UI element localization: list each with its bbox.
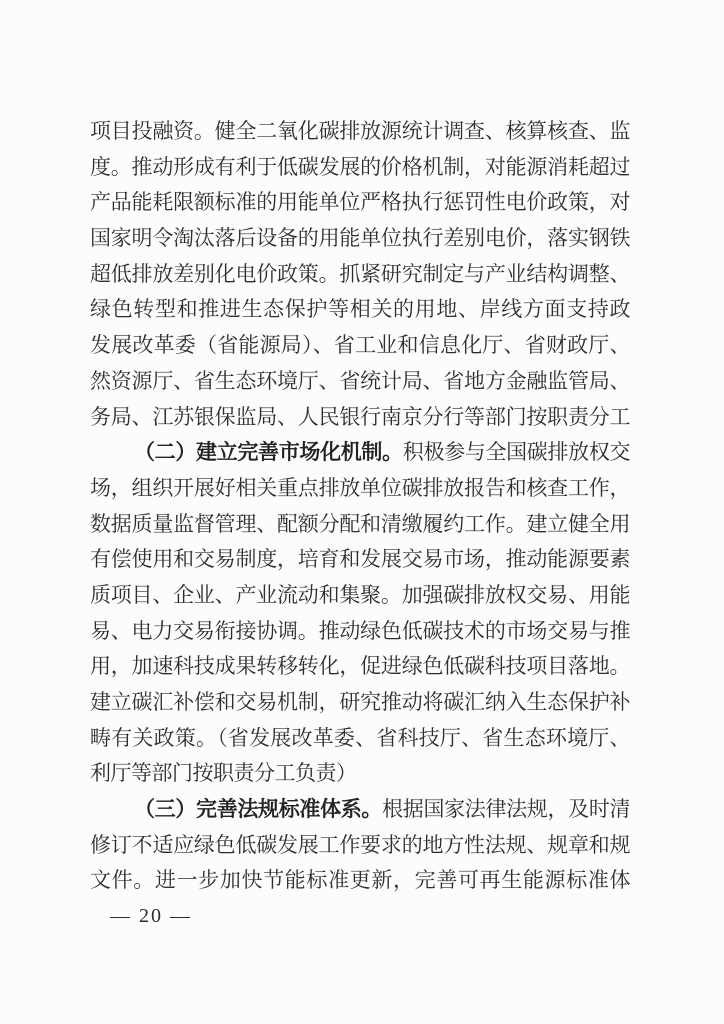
text-line: 国家明令淘汰落后设备的用能单位执行差别电价，落实钢铁行业 bbox=[90, 221, 630, 257]
page-number: — 20 — bbox=[110, 905, 192, 928]
text-segment: 利厅等部门按职责分工负责） bbox=[90, 761, 357, 785]
text-line: 发展改革委（省能源局）、省工业和信息化厅、省财政厅、省自 bbox=[90, 328, 630, 364]
text-segment: 建立碳汇补偿和交易机制，研究推动将碳汇纳入生态保护补偿范 bbox=[90, 690, 630, 721]
text-segment: 发展改革委（省能源局）、省工业和信息化厅、省财政厅、省自 bbox=[90, 333, 630, 364]
text-segment: 修订不适应绿色低碳发展工作要求的地方性法规、规章和规范性 bbox=[90, 833, 630, 864]
text-line: 度。推动形成有利于低碳发展的价格机制，对能源消耗超过单位 bbox=[90, 150, 630, 186]
text-segment: 用，加速科技成果转移转化，促进绿色低碳科技项目落地。探索 bbox=[90, 654, 630, 685]
section-heading: （二）建立完善市场化机制。 bbox=[134, 440, 403, 464]
text-line: 务局、江苏银保监局、人民银行南京分行等部门按职责分工负责〕 bbox=[90, 400, 630, 436]
text-line: （三）完善法规标准体系。根据国家法律法规，及时清理和 bbox=[90, 792, 630, 828]
text-segment: 国家明令淘汰落后设备的用能单位执行差别电价，落实钢铁行业 bbox=[90, 226, 630, 257]
text-line: 绿色转型和推进生态保护等相关的用地、岸线方面支持政策。〔省 bbox=[90, 292, 630, 328]
text-line: 场，组织开展好相关重点排放单位碳排放报告和核查工作，加强 bbox=[90, 471, 630, 507]
text-line: 然资源厅、省生态环境厅、省统计局、省地方金融监管局、省税 bbox=[90, 364, 630, 400]
text-line: 利厅等部门按职责分工负责） bbox=[90, 756, 630, 792]
text-segment: 文件。进一步加快节能标准更新，完善可再生能源标准体系，建 bbox=[90, 868, 630, 899]
text-line: 产品能耗限额标准的用能单位严格执行惩罚性电价政策，对使用 bbox=[90, 185, 630, 221]
text-segment: 易、电力交易衔接协调。推动绿色低碳技术的市场交易与推广运 bbox=[90, 619, 630, 650]
text-line: 畴有关政策。（省发展改革委、省科技厅、省生态环境厅、省水 bbox=[90, 721, 630, 757]
text-line: 修订不适应绿色低碳发展工作要求的地方性法规、规章和规范性 bbox=[90, 828, 630, 864]
text-line: 易、电力交易衔接协调。推动绿色低碳技术的市场交易与推广运 bbox=[90, 614, 630, 650]
text-segment: 有偿使用和交易制度，培育和发展交易市场，推动能源要素向优 bbox=[90, 547, 630, 578]
text-line: 超低排放差别化电价政策。抓紧研究制定与产业结构调整、低碳 bbox=[90, 257, 630, 293]
section-heading: （三）完善法规标准体系。 bbox=[134, 797, 382, 821]
text-segment: 场，组织开展好相关重点排放单位碳排放报告和核查工作，加强 bbox=[90, 476, 630, 507]
text-segment: 务局、江苏银保监局、人民银行南京分行等部门按职责分工负责〕 bbox=[90, 405, 630, 436]
text-segment: 然资源厅、省生态环境厅、省统计局、省地方金融监管局、省税 bbox=[90, 369, 630, 400]
text-line: 建立碳汇补偿和交易机制，研究推动将碳汇纳入生态保护补偿范 bbox=[90, 685, 630, 721]
text-segment: 度。推动形成有利于低碳发展的价格机制，对能源消耗超过单位 bbox=[90, 155, 630, 186]
text-segment: 质项目、企业、产业流动和集聚。加强碳排放权交易、用能权交 bbox=[90, 583, 630, 614]
text-line: （二）建立完善市场化机制。积极参与全国碳排放权交易市 bbox=[90, 435, 630, 471]
text-segment: 畴有关政策。（省发展改革委、省科技厅、省生态环境厅、省水 bbox=[90, 726, 630, 757]
text-line: 数据质量监督管理、配额分配和清缴履约工作。建立健全用能权 bbox=[90, 507, 630, 543]
body-text-block: 项目投融资。健全二氧化碳排放源统计调查、核算核查、监管制度。推动形成有利于低碳发… bbox=[90, 114, 630, 899]
text-line: 项目投融资。健全二氧化碳排放源统计调查、核算核查、监管制 bbox=[90, 114, 630, 150]
text-segment: 数据质量监督管理、配额分配和清缴履约工作。建立健全用能权 bbox=[90, 512, 630, 543]
text-line: 用，加速科技成果转移转化，促进绿色低碳科技项目落地。探索 bbox=[90, 649, 630, 685]
text-line: 文件。进一步加快节能标准更新，完善可再生能源标准体系，建 bbox=[90, 863, 630, 899]
text-line: 有偿使用和交易制度，培育和发展交易市场，推动能源要素向优 bbox=[90, 542, 630, 578]
text-line: 质项目、企业、产业流动和集聚。加强碳排放权交易、用能权交 bbox=[90, 578, 630, 614]
text-segment: 超低排放差别化电价政策。抓紧研究制定与产业结构调整、低碳 bbox=[90, 262, 630, 293]
text-segment: 绿色转型和推进生态保护等相关的用地、岸线方面支持政策。〔省 bbox=[90, 297, 630, 328]
text-segment: 产品能耗限额标准的用能单位严格执行惩罚性电价政策，对使用 bbox=[90, 190, 630, 221]
document-page: 项目投融资。健全二氧化碳排放源统计调查、核算核查、监管制度。推动形成有利于低碳发… bbox=[0, 0, 724, 1024]
text-segment: 项目投融资。健全二氧化碳排放源统计调查、核算核查、监管制 bbox=[90, 119, 630, 150]
